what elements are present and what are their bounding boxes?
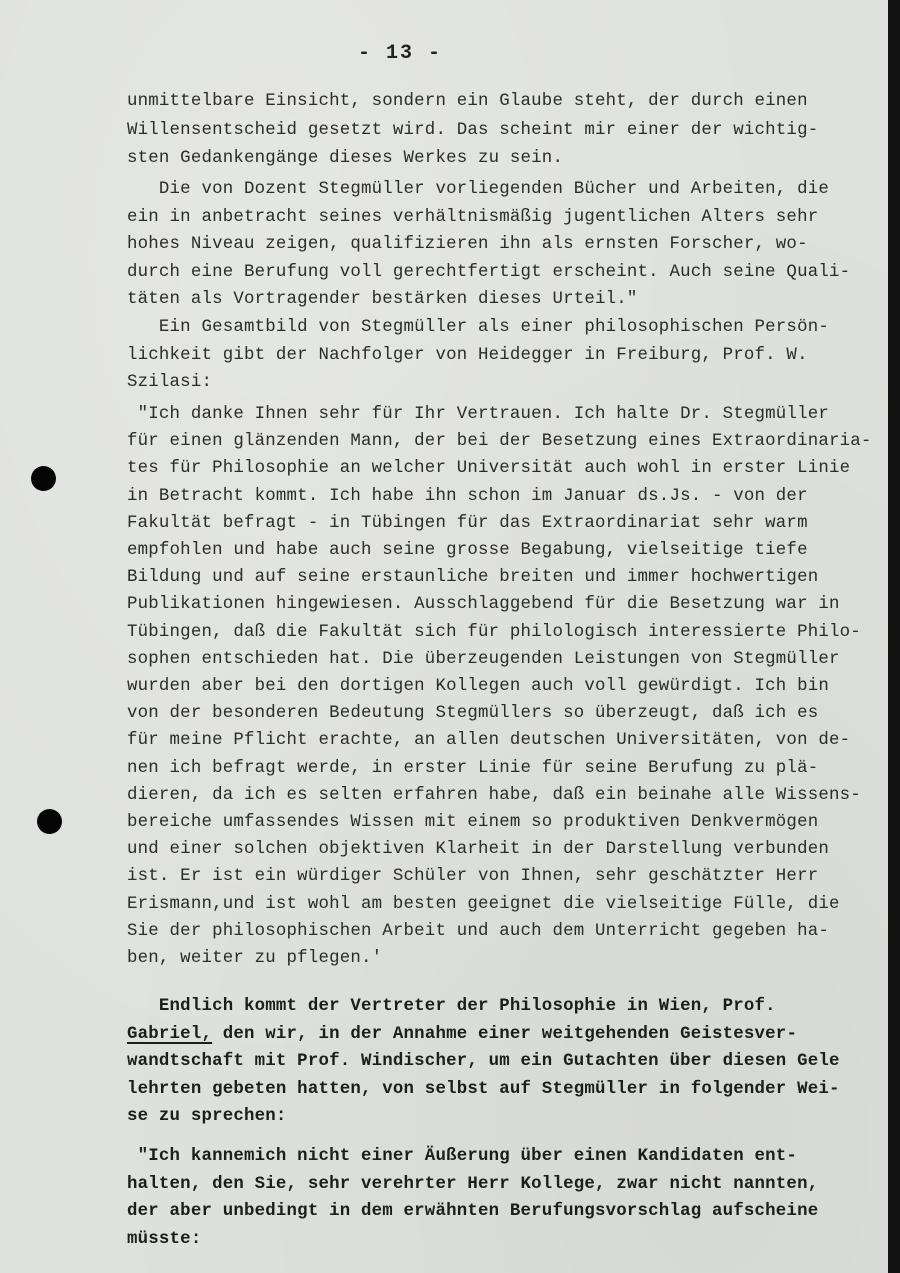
text-line: dieren, da ich es selten erfahren habe, …: [127, 786, 861, 806]
text-line: und einer solchen objektiven Klarheit in…: [127, 840, 829, 860]
text-line: Die von Dozent Stegmüller vorliegenden B…: [127, 180, 829, 200]
text-line: "Ich danke Ihnen sehr für Ihr Vertrauen.…: [127, 405, 829, 425]
text-line: für meine Pflicht erachte, an allen deut…: [127, 731, 850, 751]
text-line: Erismann,und ist wohl am besten geeignet…: [127, 895, 840, 915]
punch-hole: [37, 809, 62, 834]
text-line: Ein Gesamtbild von Stegmüller als einer …: [127, 318, 829, 338]
text-line: nen ich befragt werde, in erster Linie f…: [127, 759, 818, 779]
text-line: wurden aber bei den dortigen Kollegen au…: [127, 677, 829, 697]
text-line: lehrten gebeten hatten, von selbst auf S…: [127, 1080, 840, 1100]
text-line: unmittelbare Einsicht, sondern ein Glaub…: [127, 92, 808, 112]
text-line: Endlich kommt der Vertreter der Philosop…: [127, 997, 776, 1017]
text-line: sophen entschieden hat. Die überzeugende…: [127, 650, 840, 670]
text-line: für einen glänzenden Mann, der bei der B…: [127, 432, 872, 452]
scan-edge: [888, 0, 900, 1273]
document-page: - 13 - unmittelbare Einsicht, sondern ei…: [0, 0, 888, 1273]
text-line: tes für Philosophie an welcher Universit…: [127, 459, 850, 479]
text-line: wandtschaft mit Prof. Windischer, um ein…: [127, 1052, 840, 1072]
text-line: Szilasi:: [127, 373, 212, 393]
text-line: halten, den Sie, sehr verehrter Herr Kol…: [127, 1175, 818, 1195]
text-line: empfohlen und habe auch seine grosse Beg…: [127, 541, 808, 561]
text-line: ist. Er ist ein würdiger Schüler von Ihn…: [127, 867, 818, 887]
text-line: hohes Niveau zeigen, qualifizieren ihn a…: [127, 235, 808, 255]
text-line: Tübingen, daß die Fakultät sich für phil…: [127, 623, 861, 643]
text-line: in Betracht kommt. Ich habe ihn schon im…: [127, 487, 808, 507]
text-line: müsste:: [127, 1230, 201, 1250]
text-line: täten als Vortragender bestärken dieses …: [127, 290, 638, 310]
text-line: ben, weiter zu pflegen.': [127, 949, 382, 969]
text-line: Publikationen hingewiesen. Ausschlaggebe…: [127, 595, 840, 615]
text-line: Willensentscheid gesetzt wird. Das schei…: [127, 121, 818, 141]
page-number: - 13 -: [0, 42, 800, 65]
text-line: Fakultät befragt - in Tübingen für das E…: [127, 514, 808, 534]
text-line: Bildung und auf seine erstaunliche breit…: [127, 568, 818, 588]
text-line: der aber unbedingt in dem erwähnten Beru…: [127, 1202, 818, 1222]
text-line: lichkeit gibt der Nachfolger von Heidegg…: [127, 346, 808, 366]
punch-hole: [31, 466, 56, 491]
text-line: von der besonderen Bedeutung Stegmüllers…: [127, 704, 818, 724]
text-line: Sie der philosophischen Arbeit und auch …: [127, 922, 829, 942]
text-line: se zu sprechen:: [127, 1107, 287, 1127]
text-line: bereiche umfassendes Wissen mit einem so…: [127, 813, 818, 833]
text-line: sten Gedankengänge dieses Werkes zu sein…: [127, 149, 563, 169]
text-line: durch eine Berufung voll gerechtfertigt …: [127, 263, 850, 283]
underlined-name: Gabriel,: [127, 1025, 212, 1044]
text-line: "Ich kannemich nicht einer Äußerung über…: [127, 1147, 797, 1167]
text-line: Gabriel, den wir, in der Annahme einer w…: [127, 1025, 797, 1045]
text-line: ein in anbetracht seines verhältnismäßig…: [127, 208, 818, 228]
